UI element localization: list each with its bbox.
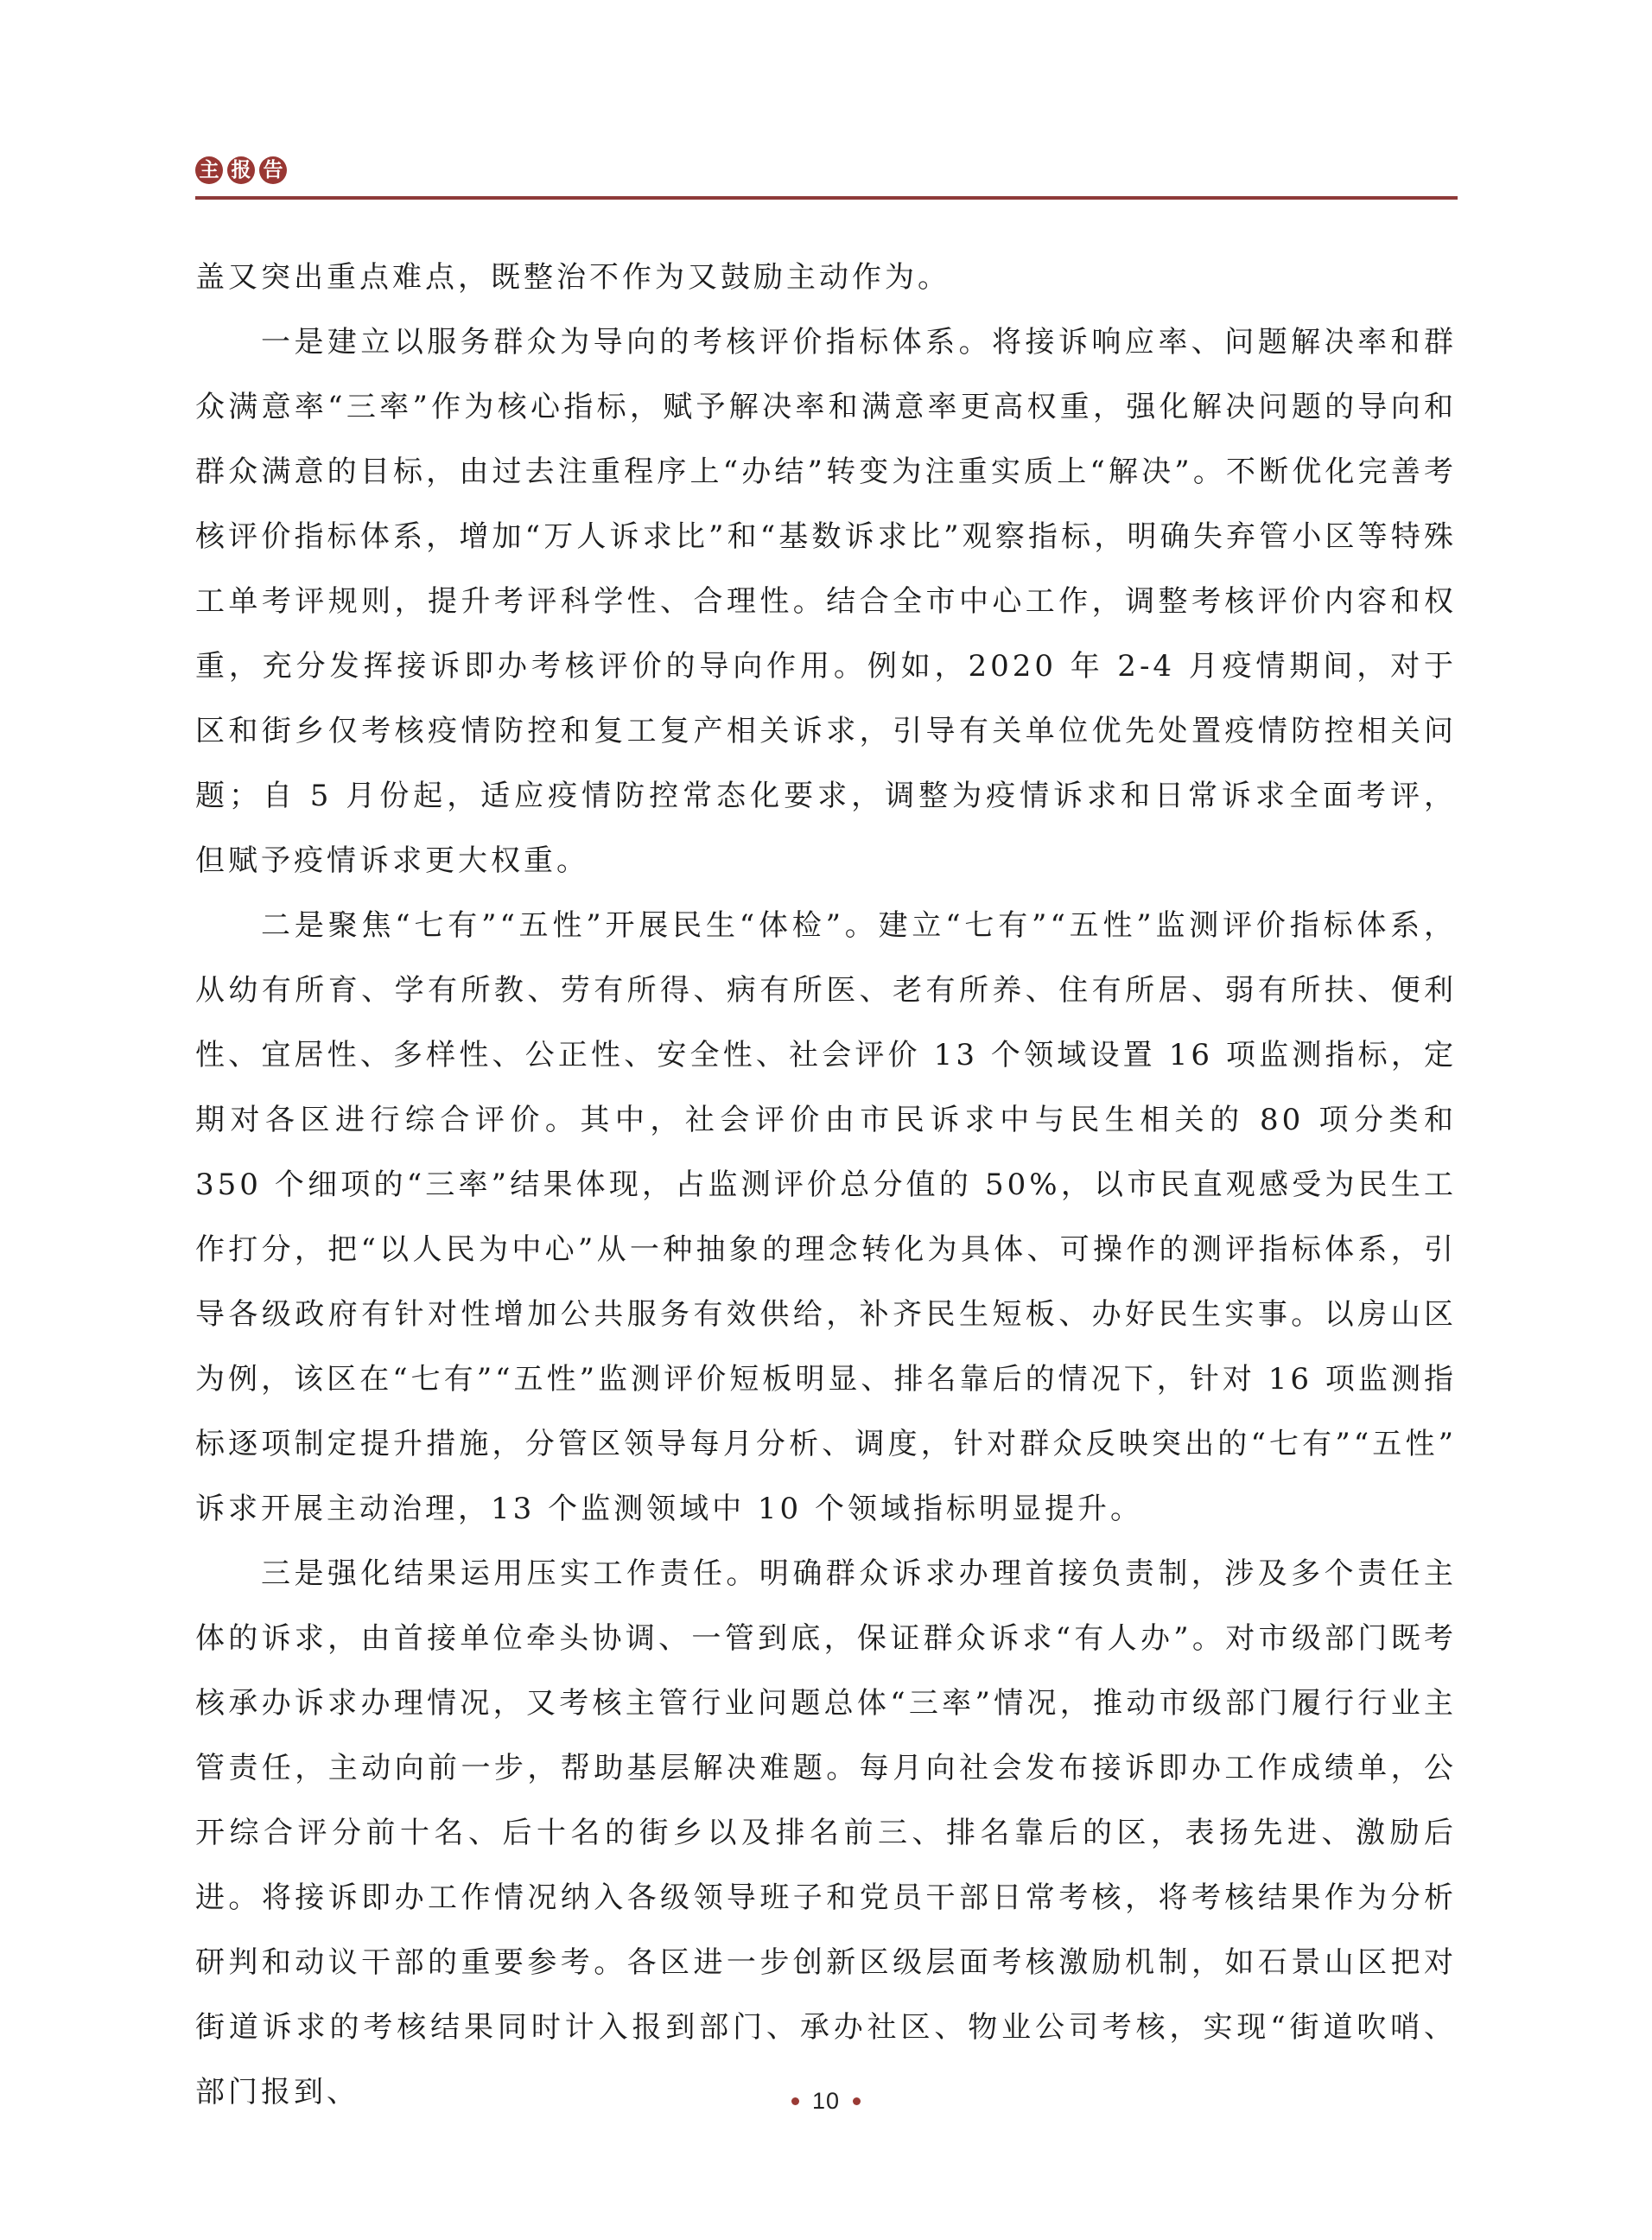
paragraph-continuation: 盖又突出重点难点，既整治不作为又鼓励主动作为。 xyxy=(195,245,1457,310)
header-rule xyxy=(195,196,1458,200)
footer-left-dot xyxy=(791,2097,799,2105)
footer-right-dot xyxy=(853,2097,861,2105)
logo-char-badge: 主 xyxy=(195,156,223,184)
paragraph-point-one: 一是建立以服务群众为导向的考核评价指标体系。将接诉响应率、问题解决率和群众满意率… xyxy=(195,310,1457,894)
body-text: 盖又突出重点难点，既整治不作为又鼓励主动作为。 一是建立以服务群众为导向的考核评… xyxy=(195,245,1457,2125)
page-number: 10 xyxy=(812,2090,840,2113)
paragraph-point-two: 二是聚焦“七有”“五性”开展民生“体检”。建立“七有”“五性”监测评价指标体系，… xyxy=(195,894,1457,1542)
document-page: 主 报 告 盖又突出重点难点，既整治不作为又鼓励主动作为。 一是建立以服务群众为… xyxy=(0,0,1652,2240)
logo-char-badge: 告 xyxy=(259,156,287,184)
logo-char-badge: 报 xyxy=(227,156,255,184)
paragraph-point-three: 三是强化结果运用压实工作责任。明确群众诉求办理首接负责制，涉及多个责任主体的诉求… xyxy=(195,1542,1457,2125)
page-number-footer: 10 xyxy=(0,2090,1652,2113)
report-logo: 主 报 告 xyxy=(195,156,287,184)
